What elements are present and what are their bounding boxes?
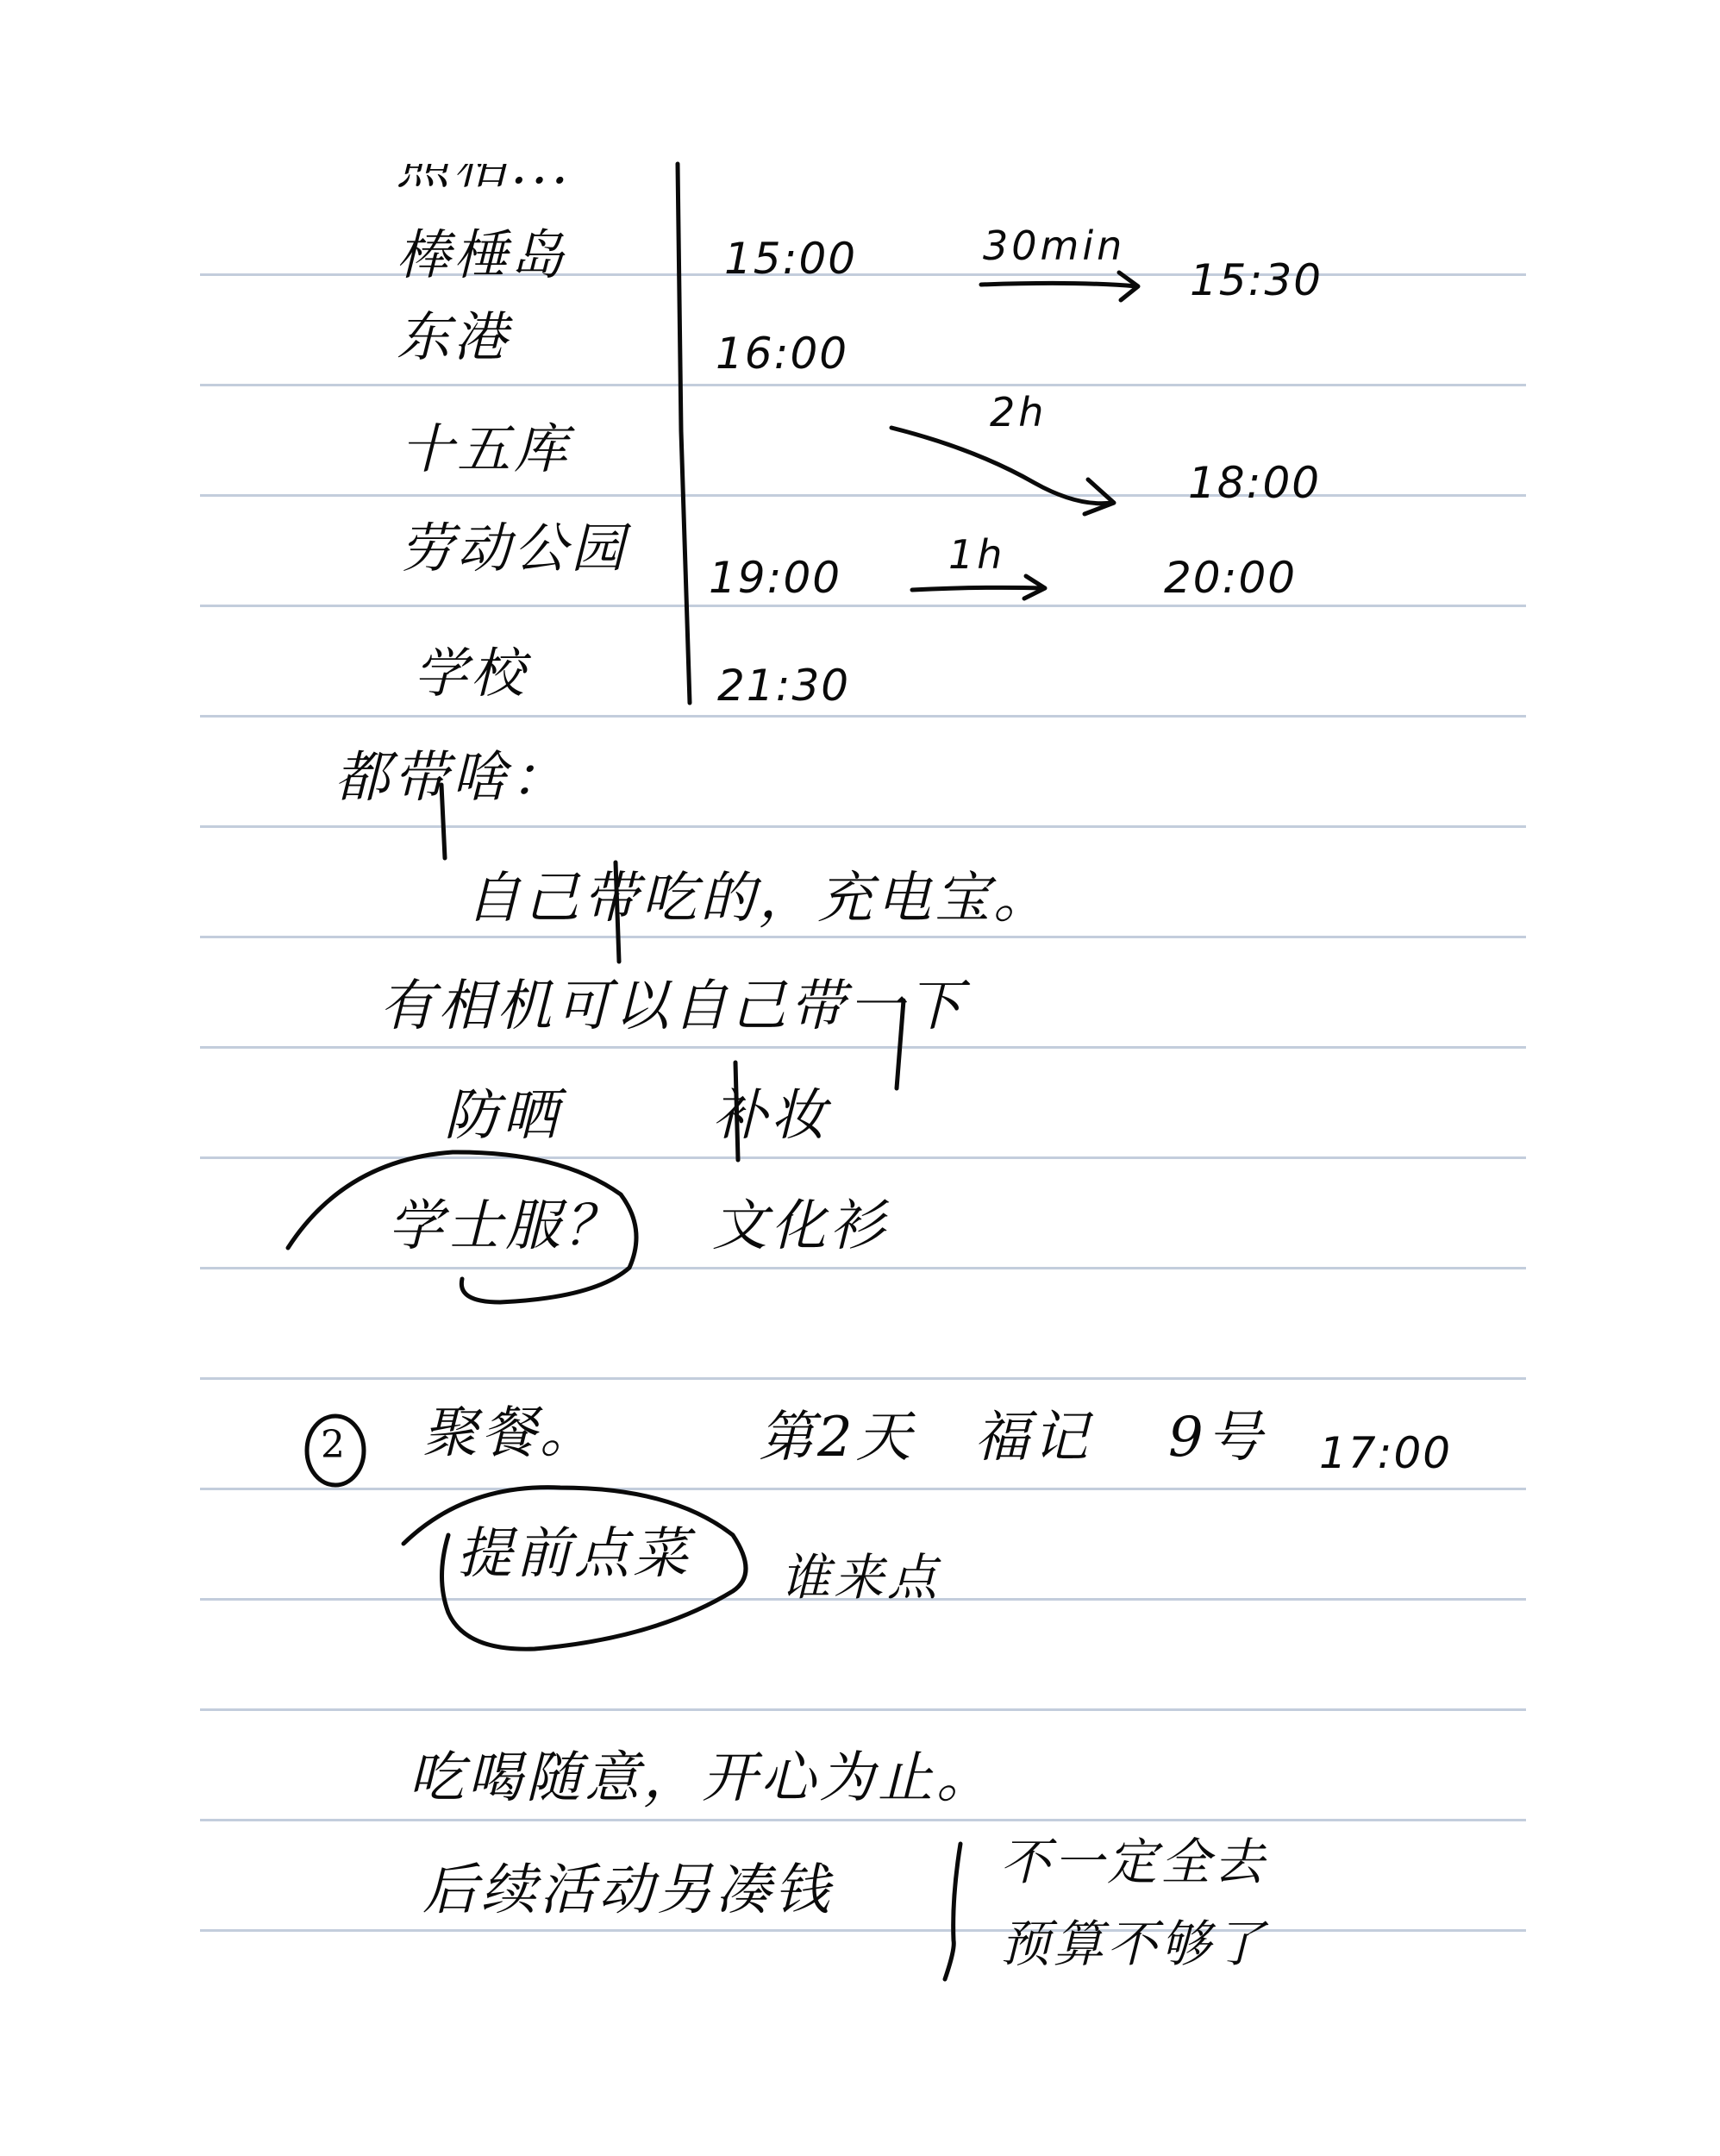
duration-label: 2h: [990, 392, 1047, 432]
place-name: 十五库: [400, 423, 571, 476]
ruled-line: [200, 1377, 1526, 1380]
ruled-line: [200, 494, 1526, 497]
ruled-line: [200, 1156, 1526, 1159]
ruled-line: [200, 825, 1526, 828]
brace-option: 不一定全去: [1000, 1837, 1267, 1887]
dinner-venue: 福记: [974, 1410, 1091, 1465]
duration-label: 30min: [983, 226, 1125, 266]
dinner-title: 聚餐。: [422, 1406, 598, 1461]
arrow-30min-icon: [981, 283, 1136, 286]
dinner-day: 第2天: [759, 1410, 915, 1465]
bring-item: 补妆: [712, 1088, 829, 1144]
section-number: 2: [321, 1426, 348, 1464]
ink-strokes: [0, 0, 1720, 2156]
bring-line: 自己带吃的，充电宝。: [466, 871, 1052, 926]
bring-item-circled: 学士服？: [388, 1199, 622, 1254]
arrival-time: 15:30: [1190, 259, 1323, 302]
ruled-line: [200, 605, 1526, 607]
start-time: 15:00: [724, 237, 857, 280]
ruled-line: [200, 1046, 1526, 1049]
clipped-text: 照相...: [397, 138, 572, 191]
ruled-line: [200, 1267, 1526, 1269]
ruled-line: [200, 715, 1526, 718]
bring-line: 有相机可以自己带一下: [379, 979, 966, 1034]
dinner-circled-note: 提前点菜: [457, 1526, 691, 1582]
dinner-line: 后续活动另凑钱: [422, 1863, 833, 1918]
start-time: 21:30: [717, 664, 850, 707]
start-time: 19:00: [709, 556, 841, 599]
bring-item: 防晒: [444, 1088, 561, 1144]
schedule-divider-line: [678, 164, 690, 703]
ruled-line: [200, 384, 1526, 386]
place-name: 学校: [414, 647, 528, 700]
brace-icon: [945, 1844, 960, 1979]
place-name: 棒棰岛: [397, 229, 567, 282]
dinner-line: 吃喝随意，开心为止。: [409, 1751, 995, 1806]
ruled-line: [200, 1708, 1526, 1711]
start-time: 16:00: [716, 332, 848, 375]
notebook-page: 照相... 棒棰岛 东港 十五库 劳动公园 学校 15:00 16:00 19:…: [0, 0, 1720, 2156]
place-name: 劳动公园: [400, 522, 628, 575]
brace-option: 预算不够了: [1000, 1919, 1267, 1969]
bring-heading: 都带啥：: [335, 750, 569, 805]
dinner-note: 谁来点: [780, 1552, 941, 1602]
place-name: 东港: [397, 310, 510, 364]
arrow-1h-icon: [912, 587, 1043, 590]
bring-item: 文化衫: [712, 1199, 888, 1254]
arrival-time: 18:00: [1188, 461, 1321, 505]
dinner-time: 17:00: [1319, 1432, 1452, 1475]
ruled-line: [200, 1929, 1526, 1932]
arrival-time: 20:00: [1164, 556, 1297, 599]
duration-label: 1h: [948, 535, 1005, 574]
ruled-line: [200, 1819, 1526, 1821]
dinner-date: 9号: [1168, 1410, 1266, 1465]
arrow-2h-icon: [891, 428, 1112, 504]
ruled-line: [200, 936, 1526, 938]
ruled-line: [200, 1488, 1526, 1490]
